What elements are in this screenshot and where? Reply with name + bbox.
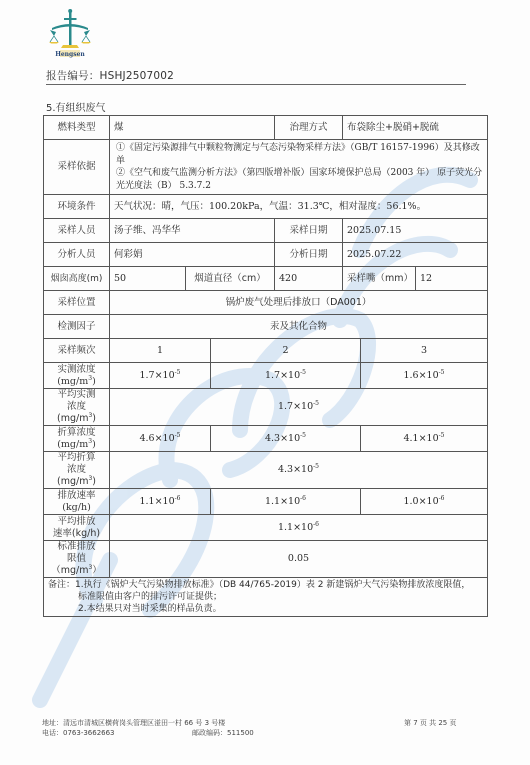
avg-emission-rate-label-line1: 平均排放 bbox=[48, 516, 105, 528]
hengsen-logo-icon: Hengsen bbox=[44, 8, 96, 60]
fuel-type-value: 煤 bbox=[110, 116, 275, 140]
flue-diameter-label: 烟道直径（cm） bbox=[186, 267, 275, 291]
converted-conc-label-line2: (mg/m3) bbox=[48, 439, 105, 451]
frequency-label: 采样频次 bbox=[44, 339, 110, 363]
note-line-1: 备注：1.执行《锅炉大气污染物排放标准》（DB 44/765-2019）表 2 … bbox=[48, 579, 483, 591]
factor-label: 检测因子 bbox=[44, 315, 110, 339]
sampling-date-label: 采样日期 bbox=[275, 219, 343, 243]
measured-conc-label-line2: (mg/m3) bbox=[48, 376, 105, 388]
avg-emission-rate-value: 1.1×10-6 bbox=[110, 515, 488, 541]
avg-measured-conc-label-line1: 平均实测 bbox=[48, 389, 105, 401]
row-converted-conc: 折算浓度 (mg/m3) 4.6×10-5 4.3×10-5 4.1×10-5 bbox=[44, 426, 488, 452]
measured-conc-label: 实测浓度 (mg/m3) bbox=[44, 363, 110, 389]
row-dimensions: 烟囱高度(m) 50 烟道直径（cm） 420 采样嘴（mm） 12 bbox=[44, 267, 488, 291]
emission-rate-2: 1.1×10-6 bbox=[211, 489, 361, 515]
row-factor: 检测因子 汞及其化合物 bbox=[44, 315, 488, 339]
chimney-height-label: 烟囱高度(m) bbox=[44, 267, 110, 291]
environment-value: 天气状况：晴，气压：100.20kPa，气温：31.3℃，相对湿度：56.1%。 bbox=[110, 195, 488, 219]
treatment-label: 治理方式 bbox=[275, 116, 343, 140]
limit-value: 0.05 bbox=[110, 541, 488, 578]
frequency-2: 2 bbox=[211, 339, 361, 363]
row-measured-conc: 实测浓度 (mg/m3) 1.7×10-5 1.7×10-5 1.6×10-5 bbox=[44, 363, 488, 389]
converted-conc-3: 4.1×10-5 bbox=[361, 426, 488, 452]
avg-emission-rate-label: 平均排放 速率(kg/h) bbox=[44, 515, 110, 541]
row-avg-measured-conc: 平均实测 浓度(mg/m3) 1.7×10-5 bbox=[44, 389, 488, 426]
emission-table: 燃料类型 煤 治理方式 布袋除尘+脱硝+脱硫 采样依据 ①《固定污染源排气中颗粒… bbox=[43, 115, 488, 617]
report-number: 报告编号：HSHJ2507002 bbox=[46, 68, 466, 85]
frequency-1: 1 bbox=[110, 339, 211, 363]
row-avg-converted-conc: 平均折算 浓度(mg/m3) 4.3×10-5 bbox=[44, 452, 488, 489]
row-note: 备注：1.执行《锅炉大气污染物排放标准》（DB 44/765-2019）表 2 … bbox=[44, 578, 488, 617]
row-emission-rate: 排放速率 (kg/h) 1.1×10-6 1.1×10-6 1.0×10-6 bbox=[44, 489, 488, 515]
emission-rate-label: 排放速率 (kg/h) bbox=[44, 489, 110, 515]
note-line-3: 2.本结果只对当时采集的样品负责。 bbox=[48, 603, 483, 615]
emission-rate-3: 1.0×10-6 bbox=[361, 489, 488, 515]
converted-conc-1: 4.6×10-5 bbox=[110, 426, 211, 452]
measured-conc-1: 1.7×10-5 bbox=[110, 363, 211, 389]
row-sampling-basis: 采样依据 ①《固定污染源排气中颗粒物测定与气态污染物采样方法》（GB/T 161… bbox=[44, 140, 488, 195]
converted-conc-label-line1: 折算浓度 bbox=[48, 427, 105, 439]
factor-value: 汞及其化合物 bbox=[110, 315, 488, 339]
measured-conc-3: 1.6×10-5 bbox=[361, 363, 488, 389]
avg-converted-conc-value: 4.3×10-5 bbox=[110, 452, 488, 489]
location-value: 锅炉废气处理后排放口（DA001） bbox=[110, 291, 488, 315]
report-number-label: 报告编号： bbox=[46, 70, 100, 82]
samplers-value: 汤子维、冯华华 bbox=[110, 219, 275, 243]
environment-label: 环境条件 bbox=[44, 195, 110, 219]
emission-rate-label-line2: (kg/h) bbox=[48, 502, 105, 514]
footer-phone: 电话：0763-3662663 bbox=[42, 728, 492, 738]
frequency-3: 3 bbox=[361, 339, 488, 363]
report-number-value: HSHJ2507002 bbox=[100, 70, 175, 82]
note: 备注：1.执行《锅炉大气污染物排放标准》（DB 44/765-2019）表 2 … bbox=[44, 578, 488, 617]
row-frequency: 采样频次 1 2 3 bbox=[44, 339, 488, 363]
flue-diameter-value: 420 bbox=[275, 267, 343, 291]
row-limit: 标准排放 限值（mg/m3） 0.05 bbox=[44, 541, 488, 578]
converted-conc-label: 折算浓度 (mg/m3) bbox=[44, 426, 110, 452]
avg-converted-conc-label: 平均折算 浓度(mg/m3) bbox=[44, 452, 110, 489]
row-samplers: 采样人员 汤子维、冯华华 采样日期 2025.07.15 bbox=[44, 219, 488, 243]
row-environment: 环境条件 天气状况：晴，气压：100.20kPa，气温：31.3℃，相对湿度：5… bbox=[44, 195, 488, 219]
measured-conc-label-line1: 实测浓度 bbox=[48, 364, 105, 376]
emission-rate-1: 1.1×10-6 bbox=[110, 489, 211, 515]
page-footer: 地址：清远市清城区横荷岗头管理区湴田一村 66 号 3 号楼 电话：0763-3… bbox=[42, 718, 492, 738]
analysis-date-value: 2025.07.22 bbox=[343, 243, 488, 267]
limit-label-line1: 标准排放 bbox=[48, 541, 105, 553]
emission-rate-label-line1: 排放速率 bbox=[48, 490, 105, 502]
avg-converted-conc-label-line1: 平均折算 bbox=[48, 452, 105, 464]
sampling-basis-line-2: ②《空气和废气监测分析方法》（第四版增补版）国家环境保护总局（2003 年） 原… bbox=[116, 167, 483, 192]
avg-emission-rate-label-line2: 速率(kg/h) bbox=[48, 528, 105, 540]
section-title: 5.有组织废气 bbox=[46, 99, 106, 114]
limit-label-line2: 限值（mg/m3） bbox=[48, 553, 105, 577]
note-line-2: 标准限值由客户的排污许可证提供； bbox=[48, 591, 483, 603]
row-fuel-type: 燃料类型 煤 治理方式 布袋除尘+脱硝+脱硫 bbox=[44, 116, 488, 140]
avg-converted-conc-label-line2: 浓度(mg/m3) bbox=[48, 464, 105, 488]
avg-measured-conc-label-line2: 浓度(mg/m3) bbox=[48, 401, 105, 425]
avg-measured-conc-label: 平均实测 浓度(mg/m3) bbox=[44, 389, 110, 426]
converted-conc-2: 4.3×10-5 bbox=[211, 426, 361, 452]
measured-conc-2: 1.7×10-5 bbox=[211, 363, 361, 389]
sampling-basis-value: ①《固定污染源排气中颗粒物测定与气态污染物采样方法》（GB/T 16157-19… bbox=[110, 140, 488, 195]
nozzle-value: 12 bbox=[416, 267, 488, 291]
avg-measured-conc-value: 1.7×10-5 bbox=[110, 389, 488, 426]
chimney-height-value: 50 bbox=[110, 267, 186, 291]
page-number: 第 7 页 共 25 页 bbox=[404, 718, 457, 728]
sampling-basis-line-1: ①《固定污染源排气中颗粒物测定与气态污染物采样方法》（GB/T 16157-19… bbox=[116, 142, 483, 167]
samplers-label: 采样人员 bbox=[44, 219, 110, 243]
footer-postal-code: 邮政编码：511500 bbox=[192, 728, 254, 738]
analysts-label: 分析人员 bbox=[44, 243, 110, 267]
svg-text:Hengsen: Hengsen bbox=[55, 51, 85, 58]
row-avg-emission-rate: 平均排放 速率(kg/h) 1.1×10-6 bbox=[44, 515, 488, 541]
row-analysts: 分析人员 何彩娟 分析日期 2025.07.22 bbox=[44, 243, 488, 267]
location-label: 采样位置 bbox=[44, 291, 110, 315]
limit-label: 标准排放 限值（mg/m3） bbox=[44, 541, 110, 578]
fuel-type-label: 燃料类型 bbox=[44, 116, 110, 140]
analysts-value: 何彩娟 bbox=[110, 243, 275, 267]
sampling-basis-label: 采样依据 bbox=[44, 140, 110, 195]
analysis-date-label: 分析日期 bbox=[275, 243, 343, 267]
row-location: 采样位置 锅炉废气处理后排放口（DA001） bbox=[44, 291, 488, 315]
nozzle-label: 采样嘴（mm） bbox=[343, 267, 416, 291]
treatment-value: 布袋除尘+脱硝+脱硫 bbox=[343, 116, 488, 140]
sampling-date-value: 2025.07.15 bbox=[343, 219, 488, 243]
